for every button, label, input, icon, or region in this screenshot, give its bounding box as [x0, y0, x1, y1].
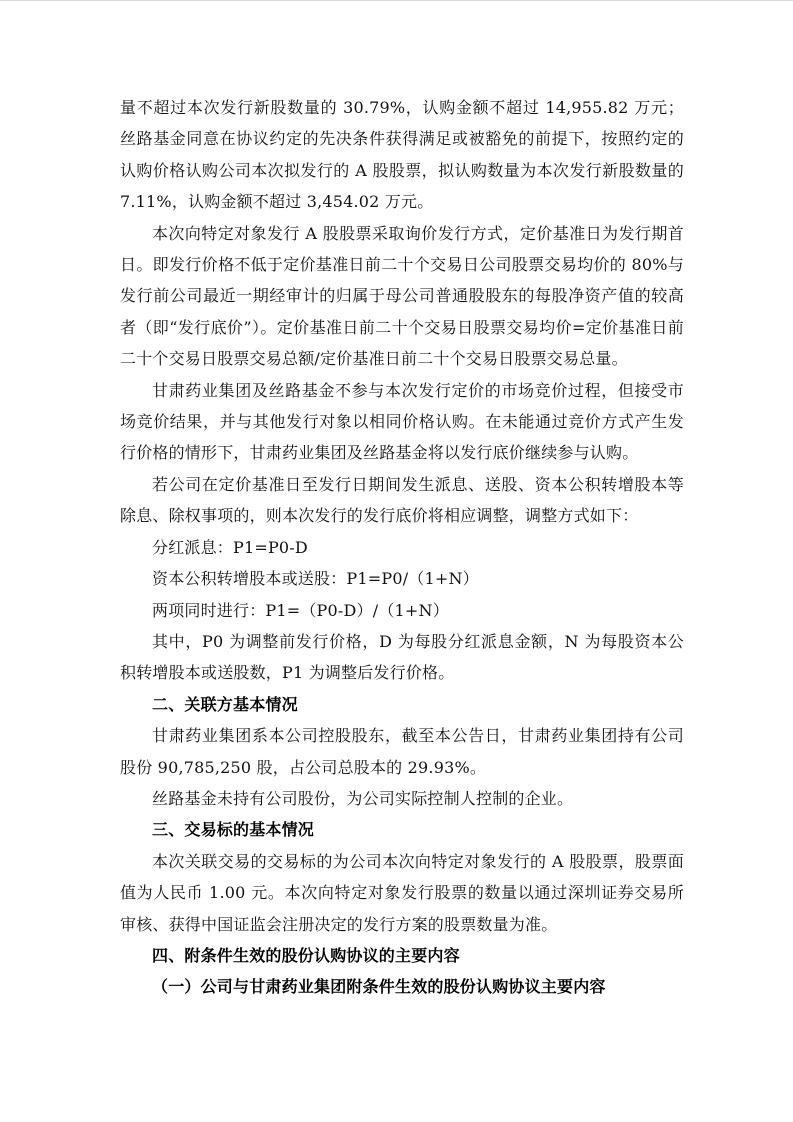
paragraph-price-adjustment-intro: 若公司在定价基准日至发行日期间发生派息、送股、资本公积转增股本等除息、除权事项的…	[120, 469, 684, 532]
paragraph-formula-definitions: 其中，P0 为调整前发行价格，D 为每股分红派息金额，N 为每股资本公积转增股本…	[120, 626, 684, 689]
paragraph-gansu-pharma-holdings: 甘肃药业集团系本公司控股股东，截至本公告日，甘肃药业集团持有公司股份 90,78…	[120, 720, 684, 783]
paragraph-bidding-participation: 甘肃药业集团及丝路基金不参与本次发行定价的市场竞价过程，但接受市场竞价结果，并与…	[120, 375, 684, 469]
heading-agreement-with-gansu-pharma: （一）公司与甘肃药业集团附条件生效的股份认购协议主要内容	[120, 971, 684, 1002]
heading-conditional-subscription-agreement: 四、附条件生效的股份认购协议的主要内容	[120, 940, 684, 971]
paragraph-transaction-target-details: 本次关联交易的交易标的为公司本次向特定对象发行的 A 股股票，股票面值为人民币 …	[120, 846, 684, 940]
paragraph-silk-road-fund-holdings: 丝路基金未持有公司股份，为公司实际控制人控制的企业。	[120, 783, 684, 814]
formula-capital-reserve-or-bonus: 资本公积转增股本或送股：P1=P0/（1+N）	[120, 563, 684, 594]
formula-dividend: 分红派息：P1=P0-D	[120, 532, 684, 563]
paragraph-subscription-amounts: 量不超过本次发行新股数量的 30.79%，认购金额不超过 14,955.82 万…	[120, 92, 684, 218]
document-page: 量不超过本次发行新股数量的 30.79%，认购金额不超过 14,955.82 万…	[0, 0, 793, 1122]
paragraph-pricing-method: 本次向特定对象发行 A 股股票采取询价发行方式，定价基准日为发行期首日。即发行价…	[120, 218, 684, 375]
heading-transaction-target-basic-info: 三、交易标的基本情况	[120, 814, 684, 845]
formula-both-simultaneous: 两项同时进行：P1=（P0-D）/（1+N）	[120, 595, 684, 626]
heading-related-party-basic-info: 二、关联方基本情况	[120, 689, 684, 720]
